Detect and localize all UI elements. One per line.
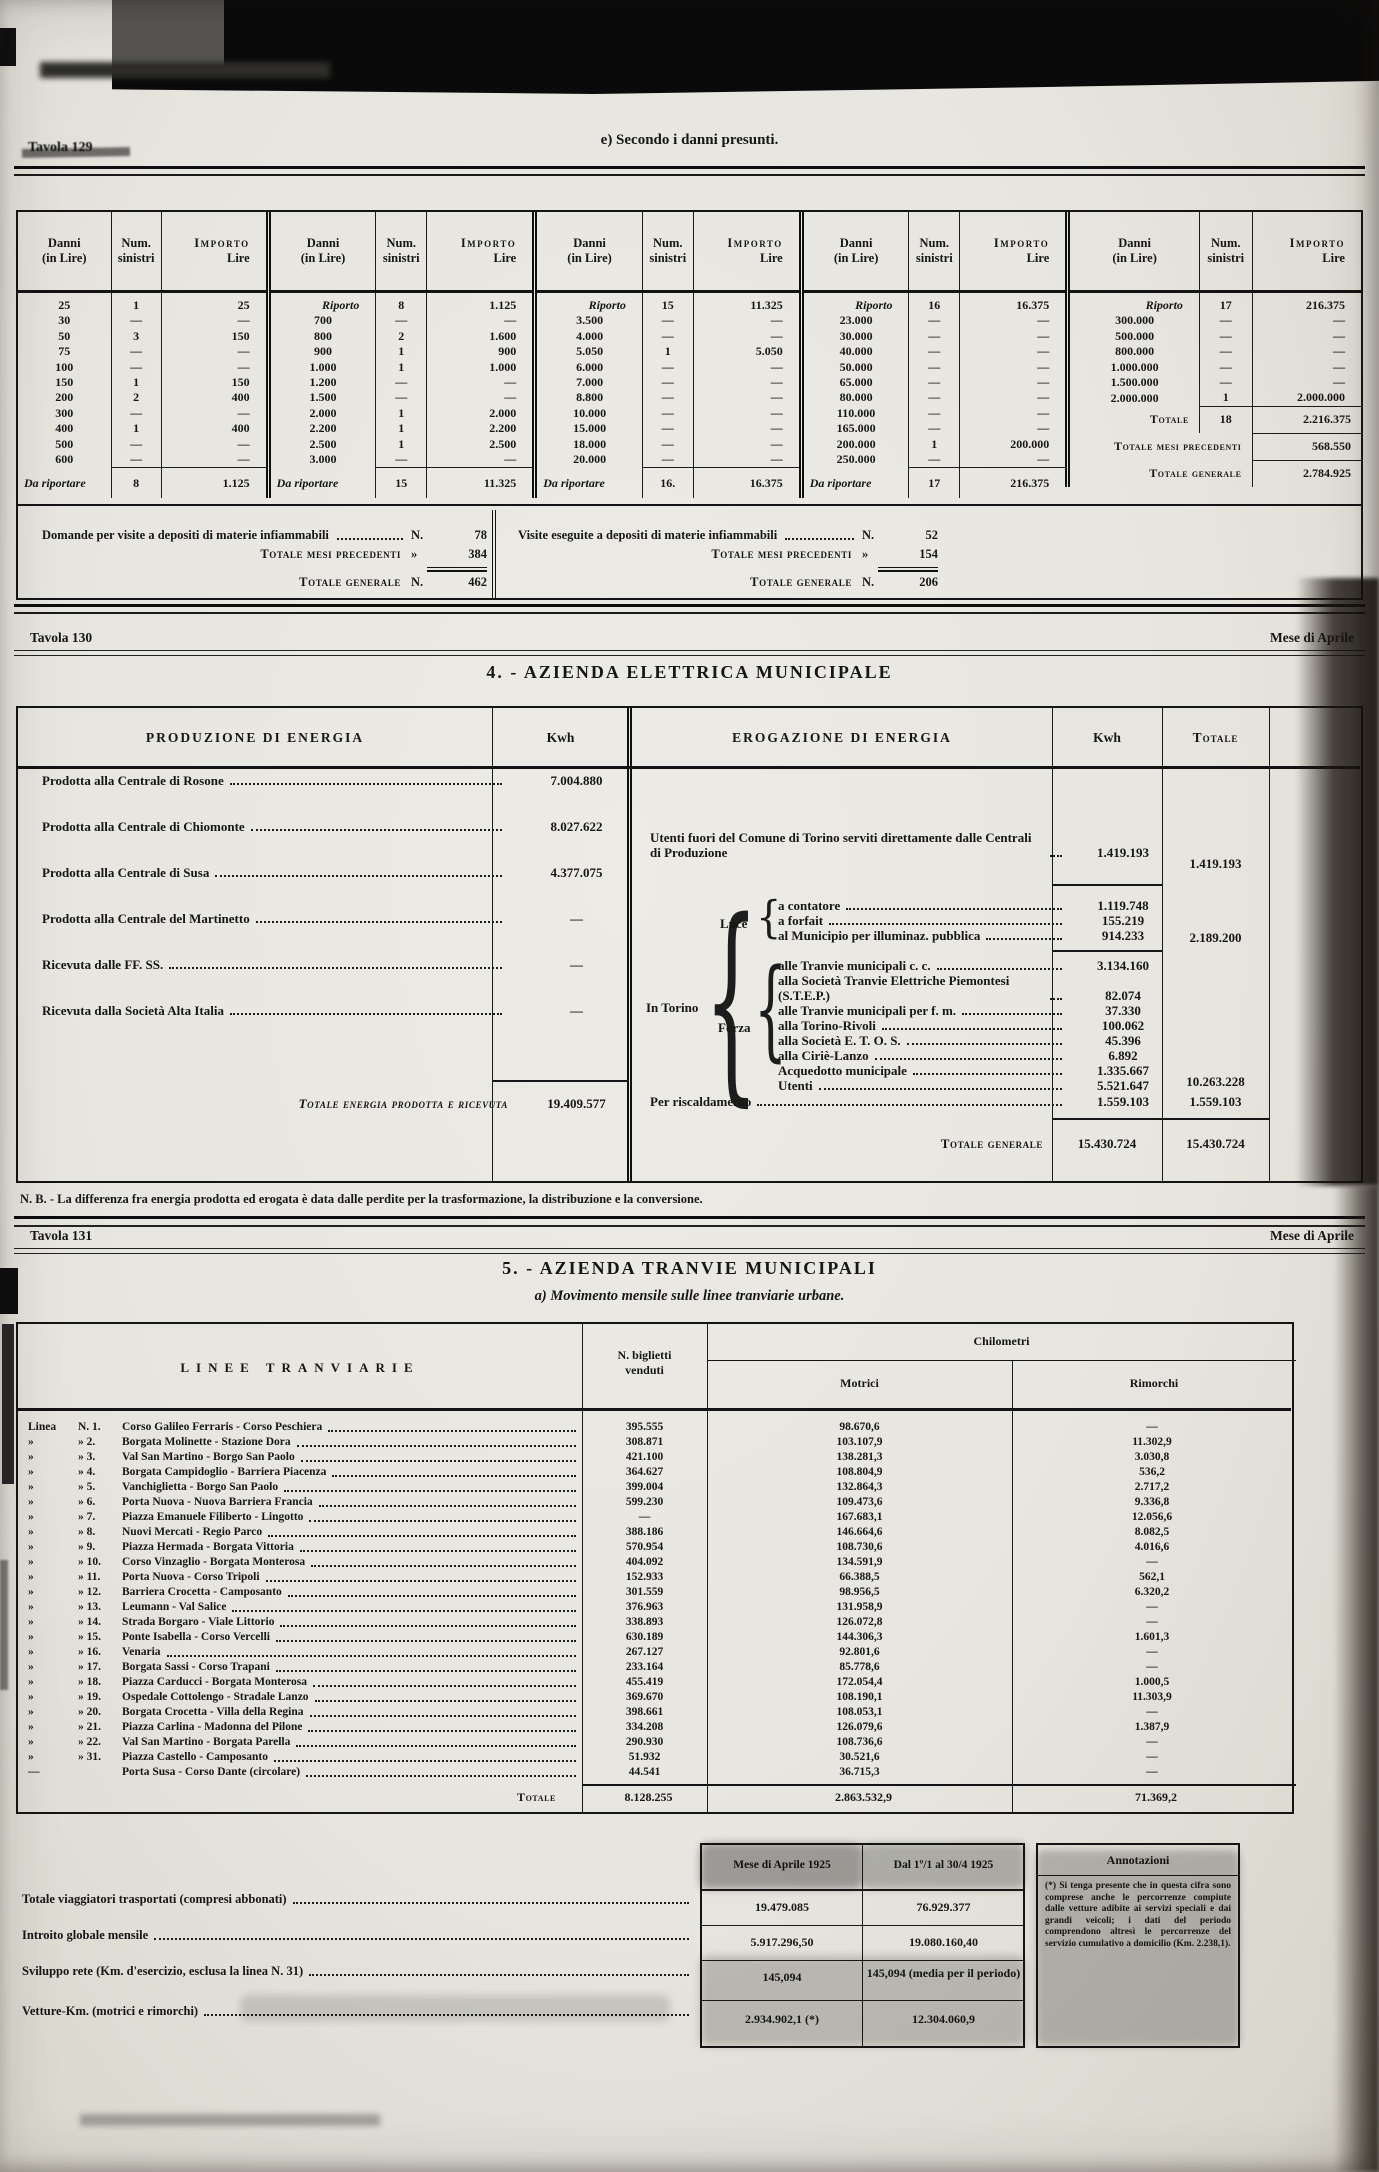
danni-row: 40.000—— <box>801 344 1065 359</box>
dotted-leader <box>276 1640 576 1642</box>
riepilogo-values-box: Mese di Aprile 1925 Dal 1º/1 al 30/4 192… <box>700 1843 1025 2048</box>
elettrica-table: PRODUZIONE DI ENERGIA Kwh EROGAZIONE DI … <box>16 706 1363 1183</box>
dotted-leader <box>301 1460 576 1462</box>
danni-row: 9001900 <box>268 344 532 359</box>
danni-row: 500—— <box>18 437 266 452</box>
header-rule <box>18 1408 1291 1411</box>
biglietti-value: 421.100 <box>582 1450 707 1465</box>
note-domande-value: 78 <box>441 528 487 543</box>
col-header-num-sinistri: Num.sinistri <box>111 212 161 292</box>
rimorchi-km-value: 8.082,5 <box>1012 1525 1292 1540</box>
danni-row: 15.000—— <box>535 421 799 436</box>
in-torino-label: In Torino <box>646 1000 698 1016</box>
tranvie-row: » » 15. Ponte Isabella - Corso Vercelli … <box>18 1630 1292 1645</box>
line-name: Porta Susa - Corso Dante (circolare) <box>122 1765 300 1780</box>
dotted-leader <box>309 1520 576 1522</box>
luce-row: a contatore 1.119.748 <box>778 898 1178 913</box>
luce-totale: 2.189.200 <box>1162 930 1269 946</box>
tranvie-row: — Porta Susa - Corso Dante (circolare) 4… <box>18 1765 1292 1780</box>
tranvie-row: » » 16. Venaria 267.127 92.801,6 — <box>18 1645 1292 1660</box>
horizontal-rule <box>14 650 1365 656</box>
totale-header: Totale <box>1162 730 1269 746</box>
chilometri-rule <box>707 1360 1296 1361</box>
line-name: Piazza Emanuele Filiberto - Lingotto <box>122 1510 303 1525</box>
scan-dark-edge <box>1334 1186 1379 2172</box>
rule <box>1052 1118 1162 1120</box>
rimorchi-km-value: — <box>1012 1420 1292 1435</box>
danni-row: 800.000—— <box>1068 344 1361 359</box>
motrici-km-value: 98.956,5 <box>707 1585 1012 1600</box>
rimorchi-km-value: 562,1 <box>1012 1570 1292 1585</box>
danni-row: 1.200—— <box>268 375 532 390</box>
produzione-row: Ricevuta dalla Società Alta Italia — <box>42 1000 645 1046</box>
biglietti-value: 404.092 <box>582 1555 707 1570</box>
danni-row: 7.000—— <box>535 375 799 390</box>
dotted-leader <box>154 1938 689 1940</box>
note-visite: Visite eseguite a depositi di materie in… <box>518 528 938 590</box>
danni-row: Riporto17216.375 <box>1068 292 1361 314</box>
rimorchi-km-value: 1.000,5 <box>1012 1675 1292 1690</box>
forza-row: alla Società Tranvie Elettriche Piemonte… <box>778 973 1178 1003</box>
totale-biglietti: 8.128.255 <box>586 1790 711 1805</box>
line-name: Ponte Isabella - Corso Vercelli <box>122 1630 270 1645</box>
col-header-mese: Mese di Aprile 1925 <box>706 1859 858 1872</box>
kwh-value: 45.396 <box>1068 1033 1178 1048</box>
danni-row: 8.800—— <box>535 390 799 405</box>
dotted-leader <box>276 1670 576 1672</box>
danni-row: 50.000—— <box>801 360 1065 375</box>
dotted-leader <box>288 1595 576 1597</box>
kwh-value: 155.219 <box>1068 913 1178 928</box>
dotted-leader <box>308 1730 576 1732</box>
mese-aprile-label: Mese di Aprile <box>1270 1228 1354 1244</box>
col-header-num-sinistri: Num.sinistri <box>376 212 427 292</box>
tranvie-row: » » 17. Borgata Sassi - Corso Trapani 23… <box>18 1660 1292 1675</box>
tranvie-row: » » 7. Piazza Emanuele Filiberto - Lingo… <box>18 1510 1292 1525</box>
col-header-importo: ImportoLire <box>1252 212 1361 292</box>
tavola-130-row: Tavola 130 Mese di Aprile <box>30 630 1360 646</box>
introito-mese: 5.917.296,50 <box>706 1936 858 1949</box>
danni-row: 500.000—— <box>1068 329 1361 344</box>
danni-row: 5.05015.050 <box>535 344 799 359</box>
biglietti-value: 51.932 <box>582 1750 707 1765</box>
forza-row: alle Tranvie municipali per f. m. 37.330 <box>778 1003 1178 1018</box>
dotted-leader <box>315 1700 576 1702</box>
biglietti-value: 455.419 <box>582 1675 707 1690</box>
motrici-km-value: 131.958,9 <box>707 1600 1012 1615</box>
dotted-leader <box>757 1104 1062 1106</box>
rimorchi-km-value: — <box>1012 1645 1292 1660</box>
danni-row: 80021.600 <box>268 329 532 344</box>
left-edge-mark <box>0 28 16 66</box>
motrici-km-value: 108.053,1 <box>707 1705 1012 1720</box>
biglietti-value: 599.230 <box>582 1495 707 1510</box>
riepilogo-label-1: Totale viaggiatori trasportati (compresi… <box>22 1892 695 1907</box>
sviluppo-mese: 145,094 <box>706 1971 858 1984</box>
luce-row: a forfait 155.219 <box>778 913 1178 928</box>
kwh-value: — <box>508 911 645 926</box>
dotted-leader <box>1050 998 1062 1000</box>
note-domande: Domande per visite a depositi di materie… <box>42 528 487 590</box>
tranvie-row: » » 11. Porta Nuova - Corso Tripoli 152.… <box>18 1570 1292 1585</box>
danni-row: 2.000.00012.000.000 <box>1068 390 1361 406</box>
tranvie-title: 5. - AZIENDA TRANVIE MUNICIPALI <box>0 1258 1379 1279</box>
totale-motrici: 2.863.532,9 <box>711 1790 1016 1805</box>
tranvie-row: » » 10. Corso Vinzaglio - Borgata Monter… <box>18 1555 1292 1570</box>
biglietti-value: 399.004 <box>582 1480 707 1495</box>
dotted-leader <box>251 829 502 831</box>
line-name: Strada Borgaro - Viale Littorio <box>122 1615 274 1630</box>
danni-row: 4001400 <box>18 421 266 436</box>
danni-row: 1.000.000—— <box>1068 360 1361 375</box>
riscaldamento-row: Per riscaldamento 1.559.103 <box>650 1094 1178 1109</box>
scan-black-banner <box>112 0 1379 94</box>
rimorchi-km-value: 12.056,6 <box>1012 1510 1292 1525</box>
note-domande-text: Domande per visite a depositi di materie… <box>42 528 329 543</box>
biglietti-value: 44.541 <box>582 1765 707 1780</box>
horizontal-rule <box>14 1248 1365 1254</box>
dotted-leader <box>819 1088 1062 1090</box>
riepilogo-label-3: Sviluppo rete (Km. d'esercizio, esclusa … <box>22 1964 695 1979</box>
dotted-leader <box>313 1685 576 1687</box>
tranvie-row: » » 9. Piazza Hermada - Borgata Vittoria… <box>18 1540 1292 1555</box>
col-header-danni: Danni(in Lire) <box>801 212 909 292</box>
col-line <box>1269 708 1270 1181</box>
totale-generale-row: Totale generale 2.784.925 <box>1068 460 1361 487</box>
produzione-row: Ricevuta dalle FF. SS. — <box>42 954 645 1000</box>
tranvie-row: » » 22. Val San Martino - Borgata Parell… <box>18 1735 1292 1750</box>
forza-label: Forza <box>718 1020 750 1036</box>
tranvie-row: » » 20. Borgata Crocetta - Villa della R… <box>18 1705 1292 1720</box>
motrici-km-value: 138.281,3 <box>707 1450 1012 1465</box>
line-name: Piazza Castello - Camposanto <box>122 1750 268 1765</box>
rimorchi-header: Rimorchi <box>1012 1376 1296 1391</box>
biglietti-value: 630.189 <box>582 1630 707 1645</box>
da-riportare-row: Da riportare17216.375 <box>801 468 1065 499</box>
elettrica-title: 4. - AZIENDA ELETTRICA MUNICIPALE <box>0 662 1379 683</box>
line-name: Val San Martino - Borgata Parella <box>122 1735 290 1750</box>
biglietti-value: 301.559 <box>582 1585 707 1600</box>
table-bottom-rule <box>18 504 1361 506</box>
sviluppo-periodo: 145,094 (media per il periodo) <box>866 1967 1021 1980</box>
col-line <box>862 1845 863 2046</box>
forza-row: alla Torino-Rivoli 100.062 <box>778 1018 1178 1033</box>
totale-row: Totale 18 2.216.375 <box>1068 406 1361 433</box>
line-name: Borgata Molinette - Stazione Dora <box>122 1435 291 1450</box>
tranvie-row: » » 6. Porta Nuova - Nuova Barriera Fran… <box>18 1495 1292 1510</box>
biglietti-value: 398.661 <box>582 1705 707 1720</box>
dotted-leader <box>280 1625 576 1627</box>
danni-row: 110.000—— <box>801 406 1065 421</box>
produzione-row: Prodotta alla Centrale di Rosone 7.004.8… <box>42 770 645 816</box>
motrici-km-value: 92.801,6 <box>707 1645 1012 1660</box>
tavola-131-label: Tavola 131 <box>30 1228 92 1243</box>
forza-row: Acquedotto municipale 1.335.667 <box>778 1063 1178 1078</box>
rimorchi-km-value: 11.303,9 <box>1012 1690 1292 1705</box>
danni-row: 300.000—— <box>1068 313 1361 328</box>
fuori-totale: 1.419.193 <box>1162 856 1269 872</box>
dotted-leader <box>230 783 502 785</box>
motrici-km-value: 132.864,3 <box>707 1480 1012 1495</box>
dotted-leader <box>310 1715 576 1717</box>
dotted-leader <box>328 1430 576 1432</box>
line-name: Nuovi Mercati - Regio Parco <box>122 1525 262 1540</box>
dotted-leader <box>913 1073 1062 1075</box>
tranvie-row: » » 18. Piazza Carducci - Borgata Monter… <box>18 1675 1292 1690</box>
line-name: Venaria <box>122 1645 161 1660</box>
danni-group-5: Danni(in Lire) Num.sinistri ImportoLire … <box>1065 212 1361 487</box>
danni-group-2: Danni(in Lire) Num.sinistri ImportoLire … <box>266 212 533 498</box>
rimorchi-km-value: — <box>1012 1600 1292 1615</box>
line-name: Piazza Carlina - Madonna del Pilone <box>122 1720 302 1735</box>
dotted-leader <box>337 538 403 540</box>
line-name: Corso Galileo Ferraris - Corso Peschiera <box>122 1420 322 1435</box>
danni-groups: Danni(in Lire) Num.sinistri ImportoLire … <box>18 212 1361 498</box>
biglietti-value: — <box>582 1510 707 1525</box>
erogazione-totale-kwh: 15.430.724 <box>1052 1136 1162 1152</box>
dotted-leader <box>256 921 502 923</box>
col-header-danni: Danni(in Lire) <box>535 212 643 292</box>
produzione-totale-value: 19.409.577 <box>508 1096 645 1111</box>
tranvie-row: » » 12. Barriera Crocetta - Camposanto 3… <box>18 1585 1292 1600</box>
total-rule <box>492 1080 629 1082</box>
rule <box>1162 1118 1269 1120</box>
danni-row: Riporto1616.375 <box>801 292 1065 314</box>
nota-bene: N. B. - La differenza fra energia prodot… <box>20 1192 1360 1207</box>
dotted-leader <box>875 1058 1062 1060</box>
utenti-fuori-row: Utenti fuori del Comune di Torino servit… <box>650 830 1178 860</box>
dotted-leader <box>846 908 1062 910</box>
header-rule <box>1038 1875 1238 1876</box>
rimorchi-km-value: 9.336,8 <box>1012 1495 1292 1510</box>
erogazione-totale-label: Totale generale <box>718 1136 1043 1152</box>
line-name: Vanchiglietta - Borgo San Paolo <box>122 1480 278 1495</box>
forza-row: alle Tranvie municipali c. c. 3.134.160 <box>778 958 1178 973</box>
line-name: Borgata Campidoglio - Barriera Piacenza <box>122 1465 326 1480</box>
forza-row: Utenti 5.521.647 <box>778 1078 1178 1093</box>
kwh-value: 8.027.622 <box>508 819 645 834</box>
rimorchi-km-value: 2.717,2 <box>1012 1480 1292 1495</box>
danni-row: 2.00012.000 <box>268 406 532 421</box>
kwh-value: 7.004.880 <box>508 773 645 788</box>
line-name: Piazza Carducci - Borgata Monterosa <box>122 1675 307 1690</box>
line-name: Borgata Sassi - Corso Trapani <box>122 1660 270 1675</box>
dotted-leader <box>1050 855 1062 857</box>
danni-row: 30.000—— <box>801 329 1065 344</box>
rimorchi-km-value: — <box>1012 1555 1292 1570</box>
col-line <box>1052 708 1053 1181</box>
danni-row: 30—— <box>18 313 266 328</box>
danni-row: 1.00011.000 <box>268 360 532 375</box>
forza-totale: 10.263.228 <box>1162 1074 1269 1090</box>
produzione-row: Prodotta alla Centrale di Susa 4.377.075 <box>42 862 645 908</box>
riscaldamento-totale: 1.559.103 <box>1162 1094 1269 1110</box>
motrici-header: Motrici <box>707 1376 1012 1391</box>
line-name: Porta Nuova - Nuova Barriera Francia <box>122 1495 313 1510</box>
produzione-row: Prodotta alla Centrale di Chiomonte 8.02… <box>42 816 645 862</box>
linee-header: LINEE TRANVIARIE <box>18 1360 582 1376</box>
left-edge-mark <box>2 1324 14 1484</box>
vetture-km-mese: 2.934.902,1 (*) <box>706 2013 858 2026</box>
biglietti-value: 233.164 <box>582 1660 707 1675</box>
tranvie-row: » » 5. Vanchiglietta - Borgo San Paolo 3… <box>18 1480 1292 1495</box>
dotted-leader <box>268 1535 576 1537</box>
danni-row: 4.000—— <box>535 329 799 344</box>
chilometri-header: Chilometri <box>707 1334 1296 1349</box>
viaggiatori-periodo: 76.929.377 <box>866 1901 1021 1914</box>
danni-row: Riporto81.125 <box>268 292 532 314</box>
col-header-danni: Danni(in Lire) <box>1068 212 1200 292</box>
tranvie-row: » » 14. Strada Borgaro - Viale Littorio … <box>18 1615 1292 1630</box>
produzione-totale-row: Totale energia prodotta e ricevuta 19.40… <box>42 1096 645 1111</box>
line-name: Piazza Hermada - Borgata Vittoria <box>122 1540 294 1555</box>
motrici-km-value: 66.388,5 <box>707 1570 1012 1585</box>
mese-aprile-label: Mese di Aprile <box>1270 630 1354 646</box>
biglietti-value: 290.930 <box>582 1735 707 1750</box>
totale-rule <box>582 1784 1296 1786</box>
header-rule <box>18 766 1360 769</box>
annotazioni-box: Annotazioni (*) Si tenga presente che in… <box>1036 1843 1240 2048</box>
luce-label: Luce <box>720 916 747 932</box>
col-header-importo: ImportoLire <box>693 212 799 292</box>
kwh-value: — <box>508 1003 645 1018</box>
dotted-leader <box>274 1760 576 1762</box>
tranvie-row: Linea N. 1. Corso Galileo Ferraris - Cor… <box>18 1420 1292 1435</box>
rimorchi-km-value: 1.387,9 <box>1012 1720 1292 1735</box>
motrici-km-value: 134.591,9 <box>707 1555 1012 1570</box>
tavola-131-row: Tavola 131 Mese di Aprile <box>30 1228 1360 1244</box>
danni-row: 10.000—— <box>535 406 799 421</box>
danni-row: 700—— <box>268 313 532 328</box>
motrici-km-value: 98.670,6 <box>707 1420 1012 1435</box>
col-header-importo: ImportoLire <box>161 212 265 292</box>
kwh-value: 1.119.748 <box>1068 898 1178 913</box>
row-rule <box>702 1960 1023 1961</box>
motrici-km-value: 109.473,6 <box>707 1495 1012 1510</box>
danni-row: 300—— <box>18 406 266 421</box>
danni-row: 1501150 <box>18 375 266 390</box>
annotazioni-header: Annotazioni <box>1038 1853 1238 1868</box>
rimorchi-km-value: — <box>1012 1705 1292 1720</box>
danni-row: 75—— <box>18 344 266 359</box>
kwh-header-left: Kwh <box>492 730 629 746</box>
danni-row: 20.000—— <box>535 452 799 468</box>
dotted-leader <box>882 1028 1062 1030</box>
danni-section-title: e) Secondo i danni presunti. <box>0 132 1379 149</box>
danni-row: 250.000—— <box>801 452 1065 468</box>
motrici-km-value: 108.730,6 <box>707 1540 1012 1555</box>
tranvie-row: » » 31. Piazza Castello - Camposanto 51.… <box>18 1750 1292 1765</box>
motrici-km-value: 108.804,9 <box>707 1465 1012 1480</box>
dotted-leader <box>297 1445 576 1447</box>
dotted-leader <box>215 875 502 877</box>
motrici-km-value: 108.190,1 <box>707 1690 1012 1705</box>
note-domande-total: 462 <box>441 575 487 590</box>
danni-row: Riporto1511.325 <box>535 292 799 314</box>
da-riportare-row: Da riportare16.16.375 <box>535 468 799 499</box>
dotted-leader <box>293 1902 689 1904</box>
produzione-rows: Prodotta alla Centrale di Rosone 7.004.8… <box>42 770 645 1046</box>
danni-row: 2002400 <box>18 390 266 405</box>
kwh-value: 37.330 <box>1068 1003 1178 1018</box>
dotted-leader <box>785 538 854 540</box>
rimorchi-km-value: 6.320,2 <box>1012 1585 1292 1600</box>
dotted-leader <box>962 1013 1062 1015</box>
produzione-header: PRODUZIONE DI ENERGIA <box>18 730 492 746</box>
dotted-leader <box>986 938 1062 940</box>
rimorchi-km-value: 11.302,9 <box>1012 1435 1292 1450</box>
introito-periodo: 19.080.160,40 <box>866 1936 1021 1949</box>
danni-presunti-table: Danni(in Lire) Num.sinistri ImportoLire … <box>16 210 1363 600</box>
forza-row: alla Ciriè-Lanzo 6.892 <box>778 1048 1178 1063</box>
tranvie-table: LINEE TRANVIARIE N. biglietti venduti Ch… <box>16 1322 1294 1814</box>
rule <box>1052 950 1162 952</box>
dotted-leader <box>232 1610 576 1612</box>
col-header-danni: Danni(in Lire) <box>18 212 111 292</box>
horizontal-rule <box>14 1216 1365 1227</box>
kwh-value: 3.134.160 <box>1068 958 1178 973</box>
biglietti-value: 334.208 <box>582 1720 707 1735</box>
row-rule <box>702 1925 1023 1926</box>
motrici-km-value: 30.521,6 <box>707 1750 1012 1765</box>
col-header-periodo: Dal 1º/1 al 30/4 1925 <box>866 1859 1021 1872</box>
rimorchi-km-value: 4.016,6 <box>1012 1540 1292 1555</box>
notes-divider <box>492 510 496 598</box>
biglietti-value: 308.871 <box>582 1435 707 1450</box>
tranvie-row: » » 2. Borgata Molinette - Stazione Dora… <box>18 1435 1292 1450</box>
biglietti-value: 364.627 <box>582 1465 707 1480</box>
tranvie-row: » » 8. Nuovi Mercati - Regio Parco 388.1… <box>18 1525 1292 1540</box>
danni-group-4: Danni(in Lire) Num.sinistri ImportoLire … <box>799 212 1066 498</box>
biglietti-value: 388.186 <box>582 1525 707 1540</box>
dotted-leader <box>907 1043 1062 1045</box>
horizontal-rule <box>14 166 1365 176</box>
totale-mesi-precedenti-row: Totale mesi precedenti 568.550 <box>1068 433 1361 460</box>
danni-row: 503150 <box>18 329 266 344</box>
line-name: Ospedale Cottolengo - Stradale Lanzo <box>122 1690 309 1705</box>
luce-rows: a contatore 1.119.748 a forfait 155.219 … <box>778 898 1178 943</box>
dotted-leader <box>266 1580 576 1582</box>
line-name: Barriera Crocetta - Camposanto <box>122 1585 282 1600</box>
totale-rimorchi: 71.369,2 <box>1016 1790 1296 1805</box>
dotted-leader <box>169 967 502 969</box>
danni-row: 600—— <box>18 452 266 468</box>
tranvie-row: » » 19. Ospedale Cottolengo - Stradale L… <box>18 1690 1292 1705</box>
biglietti-value: 267.127 <box>582 1645 707 1660</box>
mini-rule <box>427 567 487 572</box>
dotted-leader <box>284 1490 576 1492</box>
rimorchi-km-value: 536,2 <box>1012 1465 1292 1480</box>
dotted-leader <box>937 968 1062 970</box>
tranvie-row: » » 13. Leumann - Val Salice 376.963 131… <box>18 1600 1292 1615</box>
dotted-leader <box>309 1974 689 1976</box>
dotted-leader <box>319 1505 576 1507</box>
viaggiatori-mese: 19.479.085 <box>706 1901 858 1914</box>
forza-rows: alle Tranvie municipali c. c. 3.134.160 … <box>778 958 1178 1093</box>
vetture-km-periodo: 12.304.060,9 <box>866 2013 1021 2026</box>
rimorchi-km-value: — <box>1012 1615 1292 1630</box>
luce-row: al Municipio per illuminaz. pubblica 914… <box>778 928 1178 943</box>
header-rule <box>702 1889 1023 1891</box>
danni-row: 3.500—— <box>535 313 799 328</box>
dotted-leader <box>204 2014 689 2016</box>
rule <box>1052 884 1162 886</box>
kwh-header-right: Kwh <box>1052 730 1162 746</box>
left-edge-mark <box>0 1560 8 1690</box>
dotted-leader <box>311 1565 576 1567</box>
tavola-130-label: Tavola 130 <box>30 630 92 645</box>
danni-row: 1.500—— <box>268 390 532 405</box>
